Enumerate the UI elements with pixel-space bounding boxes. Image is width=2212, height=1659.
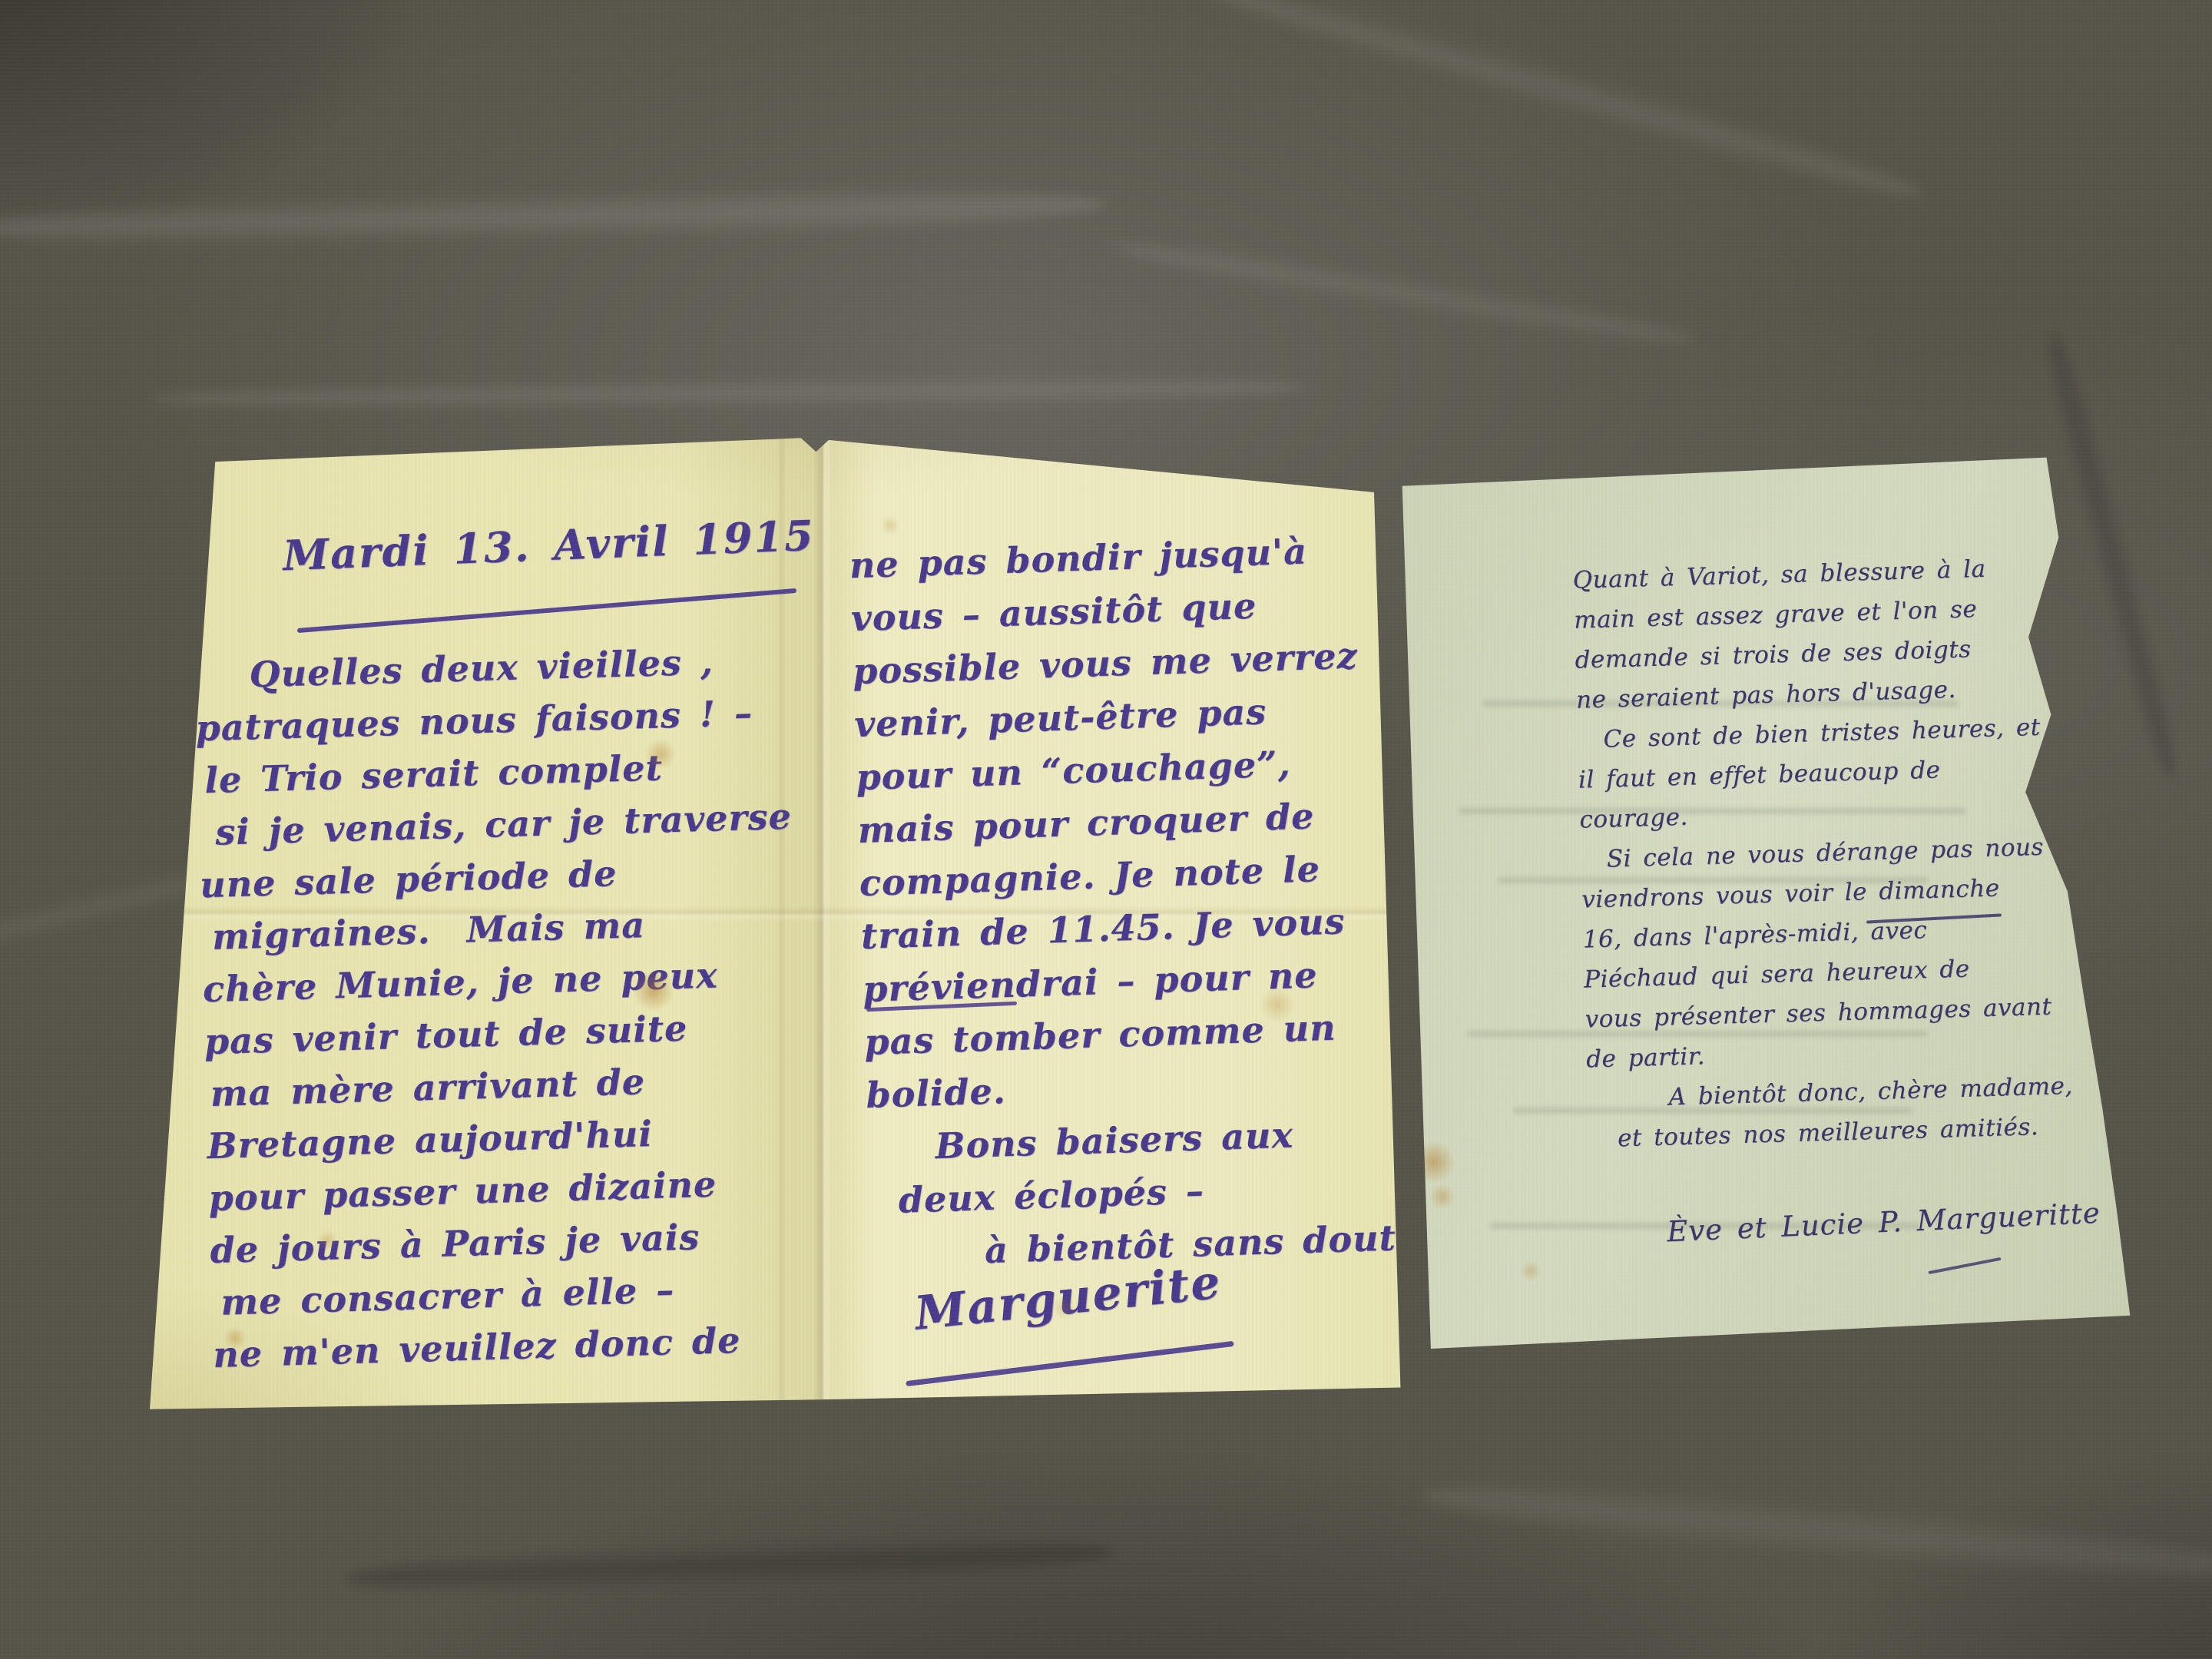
signature-flourish [906,1341,1234,1386]
foxing-stain [1412,1141,1456,1183]
photo-backdrop: Mardi 13. Avril 1915 Quelles deux vieill… [0,0,2212,1659]
fabric-wrinkle [154,372,1306,415]
fabric-wrinkle [1192,0,1927,214]
fabric-wrinkle [345,1531,1114,1601]
foxing-stain [880,516,900,535]
letter-page-left: Quelles deux vieilles ,patraques nous fa… [194,638,828,1386]
fabric-wrinkle [1114,231,1697,356]
date-underline [297,588,796,633]
foxing-stain [1429,1184,1456,1209]
foxing-stain [1519,1261,1542,1281]
signature-eve-lucie: Ève et Lucie P. Margueritte [1666,1197,2101,1249]
fabric-wrinkle [0,180,1107,253]
fabric-wrinkle [2035,328,2189,782]
letter-bifolium: Mardi 13. Avril 1915 Quelles deux vieill… [146,430,1406,1417]
letter-page-right: ne pas bondir jusqu'àvous – aussitôt que… [849,528,1409,1286]
date-line: Mardi 13. Avril 1915 [282,511,816,581]
note-page: Quant à Variot, sa blessure à lamain est… [1390,445,2143,1367]
signature-dash [1929,1257,2002,1274]
note-text-block: Quant à Variot, sa blessure à lamain est… [1572,552,2119,1166]
fabric-wrinkle [1420,1469,2212,1596]
